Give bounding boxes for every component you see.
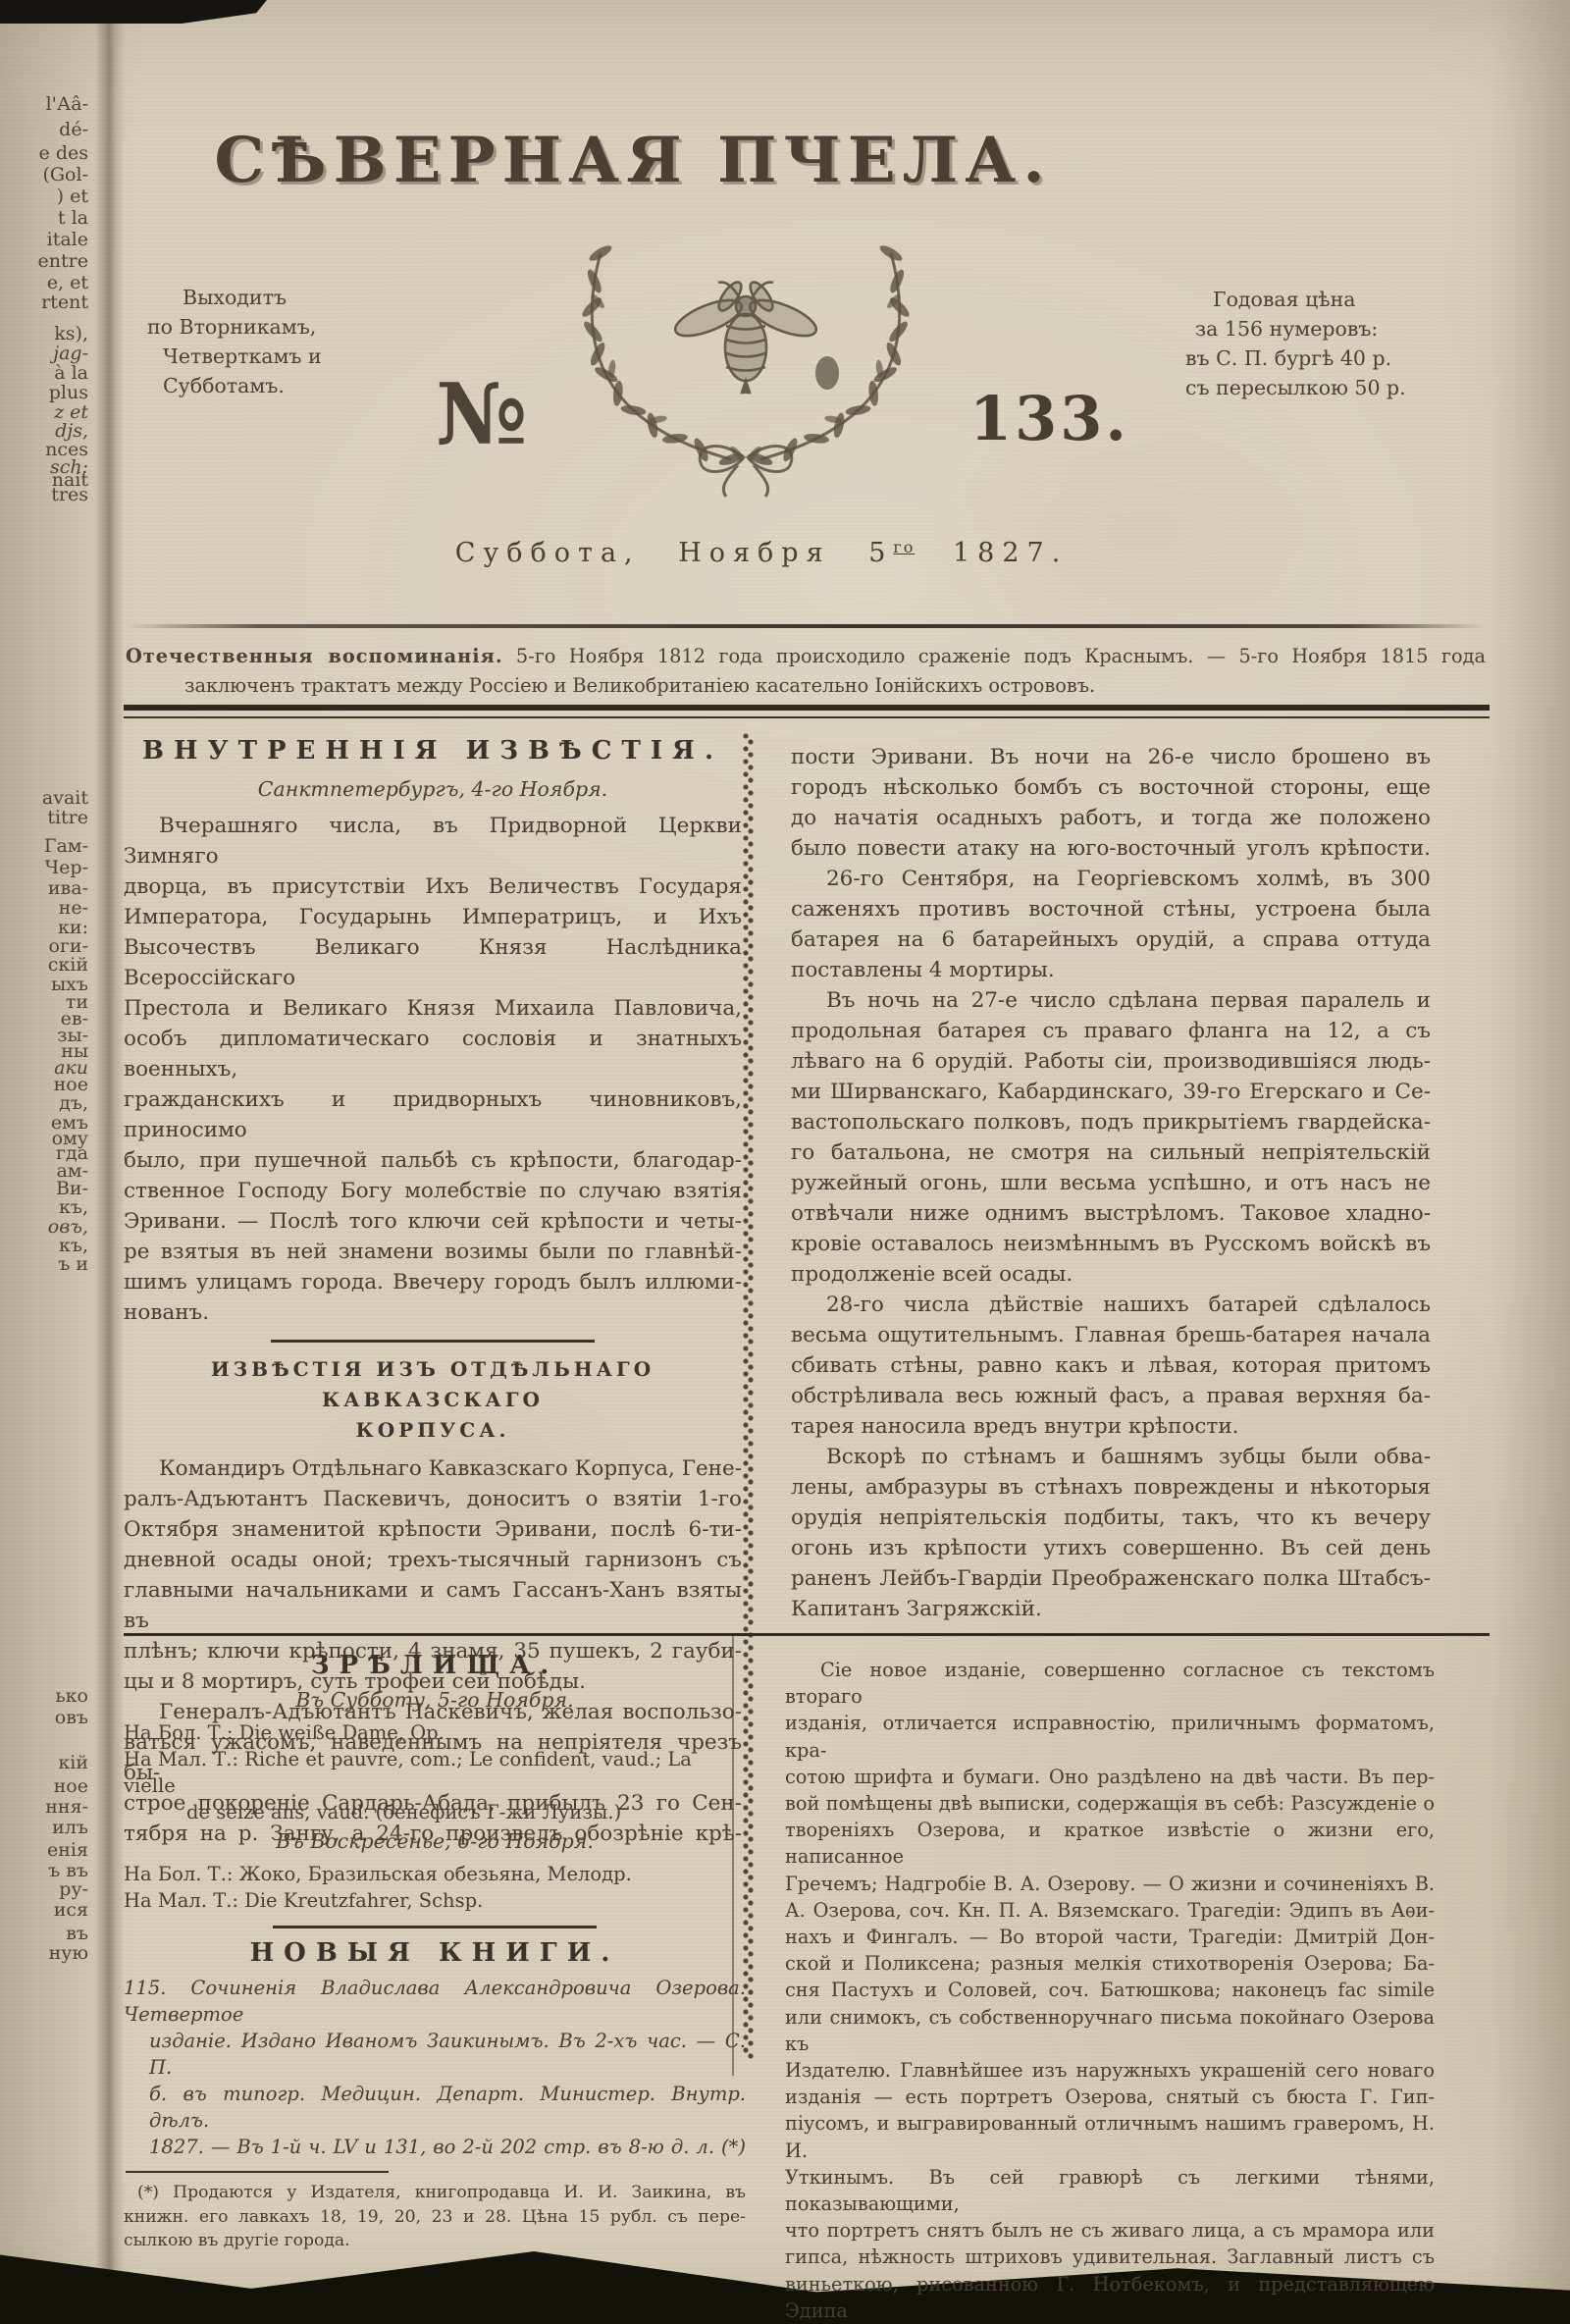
margin-fragment: овъ, — [48, 1217, 88, 1237]
section-heading: ЗРѢЛИЩА. — [124, 1653, 746, 1679]
publication-schedule: Выходитъпо Вторникамъ,Четверткамъ иСуббо… — [147, 283, 442, 400]
section-heading: ВНУТРЕННІЯ ИЗВѢСТІЯ. — [124, 736, 742, 766]
right-column-top: пости Эривани. Въ ночи на 26-е число бро… — [791, 742, 1431, 1624]
margin-fragment: à la — [54, 363, 88, 383]
text-line: ской и Поликсена; разныя мелкія стихотво… — [785, 1950, 1435, 1977]
schedule-line: Четверткамъ и — [147, 342, 442, 371]
text-line: лѣваго на 6 орудій. Работы сіи, производ… — [791, 1046, 1431, 1077]
dateline-superscript: го — [893, 538, 915, 556]
margin-fragment: ное — [54, 1075, 88, 1094]
margin-fragment: ки: — [58, 918, 88, 937]
text-line: Сіе новое изданіе, совершенно согласное … — [785, 1657, 1435, 1710]
margin-fragment: не- — [59, 898, 88, 918]
text-line: ре взятыя въ ней знамени возимы были по … — [124, 1237, 742, 1267]
text-line: главными начальниками и самъ Гассанъ-Хан… — [124, 1575, 742, 1636]
text-line: піусомъ, и выгравированный отличнымъ наш… — [785, 2110, 1435, 2163]
margin-fragment: ъ въ — [48, 1861, 88, 1880]
margin-fragment: скій — [48, 955, 88, 975]
annual-price: Годовая цѣназа 156 нумеровъ:въ С. П. бур… — [1185, 285, 1431, 402]
text-line: 1827. — Въ 1-й ч. LV и 131, во 2-й 202 с… — [124, 2134, 746, 2160]
margin-fragment: ння- — [45, 1797, 88, 1817]
text-line: батарея на 6 батарейныхъ орудій, а справ… — [791, 924, 1431, 955]
margin-fragment: djs, — [55, 421, 88, 441]
margin-fragment: e, et — [47, 273, 88, 292]
text-line: вой помѣщены двѣ выписки, содержащія въ … — [785, 1790, 1435, 1817]
margin-fragment: Гам- — [44, 836, 88, 856]
issue-number-symbol: № — [436, 365, 527, 464]
text-line: тарея наносила вредъ внутри крѣпости. — [791, 1411, 1431, 1442]
margin-fragment: ъ и — [58, 1254, 88, 1274]
playbill-line: На Мал. Т.: Riche et pauvre, com.; Le co… — [124, 1746, 746, 1799]
text-line: (*) Продаются у Издателя, книгопродавца … — [124, 2181, 746, 2205]
text-line: огонь изъ крѣпости утихъ совершенно. Въ … — [791, 1533, 1431, 1563]
text-line: Эривани. — Послѣ того ключи сей крѣпости… — [124, 1206, 742, 1237]
text-line: сотою шрифта и бумаги. Оно раздѣлено на … — [785, 1764, 1435, 1790]
margin-fragment: ную — [49, 1943, 88, 1963]
text-line: было повести атаку на юго-восточный угол… — [791, 833, 1431, 864]
masthead-divider-thick — [124, 705, 1490, 711]
text-line: весьма ощутительнымъ. Главная брешь-бата… — [791, 1320, 1431, 1350]
margin-fragment: avait — [42, 788, 88, 808]
text-line: Капитанъ Загряжскій. — [791, 1594, 1431, 1624]
text-line: Издателю. Главнѣйшее изъ наружныхъ украш… — [785, 2057, 1435, 2084]
text-line: изданія — есть портретъ Озерова, снятый … — [785, 2084, 1435, 2110]
text-line: орудія непріятельскія подбиты, такъ, что… — [791, 1503, 1431, 1533]
text-line: Вскорѣ по стѣнамъ и башнямъ зубцы были о… — [791, 1442, 1431, 1472]
text-line: гипса, нѣжность штриховъ удивительная. З… — [785, 2244, 1435, 2270]
text-line: до начатія осадныхъ работъ, и тогда же п… — [791, 803, 1431, 833]
text-line: Вчерашняго числа, въ Придворной Церкви З… — [124, 811, 742, 871]
margin-fragment: entre — [38, 251, 88, 271]
margin-fragment: Чер- — [44, 858, 88, 877]
margin-fragment: къ, — [59, 1236, 88, 1255]
text-line: городъ нѣсколько бомбъ съ восточной стор… — [791, 772, 1431, 803]
margin-fragment: ру- — [59, 1879, 88, 1899]
schedule-line: по Вторникамъ, — [147, 312, 442, 342]
text-line: Уткинымъ. Въ сей гравюрѣ съ легкими тѣня… — [785, 2164, 1435, 2217]
issue-number: 133. — [969, 383, 1129, 454]
text-line: отвѣчали ниже однимъ выстрѣломъ. Таковое… — [791, 1198, 1431, 1229]
short-divider — [271, 1340, 595, 1343]
facing-page-strip: l'Аâ-dé-e des(Gol-) ett laitaleentree, e… — [0, 0, 98, 2324]
price-line: Годовая цѣна — [1185, 285, 1431, 314]
margin-fragment: titre — [47, 808, 88, 827]
margin-fragment: дъ, — [59, 1093, 88, 1113]
margin-fragment: z et — [54, 402, 88, 422]
text-line: продольная батарея съ праваго фланга на … — [791, 1016, 1431, 1046]
margin-fragment: l'Аâ- — [46, 94, 88, 114]
text-line: Октября знаменитой крѣпости Эривани, пос… — [124, 1514, 742, 1545]
text-line: нованъ. — [124, 1297, 742, 1328]
text-line: или снимокъ, съ собственноручнаго письма… — [785, 2004, 1435, 2057]
header-rule — [126, 624, 1486, 628]
text-line: что портретъ снятъ былъ не съ живаго лиц… — [785, 2217, 1435, 2244]
playbill-line: На Мал. Т.: Die Kreutzfahrer, Schsp. — [124, 1887, 746, 1914]
left-column-bottom: ЗРѢЛИЩА.Въ Субботу, 5-го Ноября.На Бол. … — [124, 1651, 746, 2253]
margin-fragment: къ, — [59, 1197, 88, 1217]
playbill-line: de seize ans, vaud. (бенефисъ Г-жи Луизы… — [124, 1799, 746, 1825]
text-line: ралъ-Адъютантъ Паскевичъ, доноситъ о взя… — [124, 1484, 742, 1514]
scan-edge-top — [0, 0, 267, 24]
text-line: А. Озерова, соч. Кн. П. А. Вяземскаго. Т… — [785, 1897, 1435, 1924]
date-subheading: Санктпетербургъ, 4-го Ноября. — [124, 774, 742, 805]
text-line: саженяхъ противъ восточной стѣны, устрое… — [791, 894, 1431, 924]
text-line: сбивать стѣны, равно какъ и лѣвая, котор… — [791, 1350, 1431, 1381]
section-heading: НОВЫЯ КНИГИ. — [124, 1940, 746, 1967]
margin-fragment: t la — [58, 208, 88, 228]
text-line: нахъ и Фингалъ. — Во второй части, Траге… — [785, 1924, 1435, 1950]
text-line: ми Ширванскаго, Кабардинскаго, 39-го Еге… — [791, 1077, 1431, 1107]
text-line: изданія, отличается исправностію, прилич… — [785, 1710, 1435, 1763]
right-column-bottom: Сіе новое изданіе, совершенно согласное … — [785, 1657, 1435, 2324]
margin-fragment: енія — [47, 1840, 88, 1860]
text-line: было, при пушечной пальбѣ съ крѣпости, б… — [124, 1145, 742, 1176]
text-line: го батальона, не смотря на сильный непрі… — [791, 1137, 1431, 1168]
newspaper-title: СѢВЕРНАЯ ПЧЕЛА. — [137, 124, 1128, 197]
margin-fragment: ное — [54, 1776, 88, 1796]
margin-fragment: ися — [54, 1900, 88, 1920]
text-line: Гречемъ; Надгробіе В. А. Озерову. — О жи… — [785, 1871, 1435, 1897]
date-subheading: Въ Субботу, 5-го Ноября. — [124, 1687, 746, 1714]
text-line: 26-го Сентября, на Георгіевскомъ холмѣ, … — [791, 864, 1431, 894]
text-line: продолженіе всей осады. — [791, 1259, 1431, 1290]
margin-fragment: въ — [66, 1924, 88, 1943]
text-line: 28-го числа дѣйствіе нашихъ батарей сдѣл… — [791, 1290, 1431, 1320]
margin-fragment: (Gol- — [42, 165, 88, 185]
text-line: шимъ улицамъ города. Ввечеру городъ былъ… — [124, 1267, 742, 1297]
price-line: съ пересылкою 50 р. — [1185, 373, 1431, 402]
text-line: Императора, Государынь Императрицъ, и Их… — [124, 902, 742, 932]
margin-fragment: ks), — [54, 324, 88, 343]
text-line: сылкою въ другіе города. — [124, 2229, 746, 2253]
text-line: 115. Сочиненія Владислава Александровича… — [124, 1975, 746, 2028]
text-line: Командиръ Отдѣльнаго Кавказскаго Корпуса… — [124, 1453, 742, 1484]
price-line: за 156 нумеровъ: — [1185, 314, 1431, 343]
schedule-line: Субботамъ. — [147, 371, 442, 400]
margin-fragment: plus — [49, 383, 88, 402]
margin-fragment: кій — [58, 1753, 88, 1772]
text-line: поставлены 4 мортиры. — [791, 955, 1431, 985]
margin-fragment: ько — [55, 1686, 88, 1706]
price-line: въ С. П. бургѣ 40 р. — [1185, 343, 1431, 373]
text-line: гражданскихъ и придворныхъ чиновниковъ, … — [124, 1084, 742, 1145]
text-line: раненъ Лейбъ-Гвардіи Преображенскаго пол… — [791, 1563, 1431, 1594]
text-line: кровіе оставалось неизмѣннымъ въ Русском… — [791, 1229, 1431, 1259]
margin-fragment: rtent — [41, 292, 88, 312]
text-line: виньеткою, рисованною Г. Нотбекомъ, и пр… — [785, 2271, 1435, 2324]
masthead-divider-thin — [124, 716, 1490, 718]
dateline: Суббота, Ноября 5го 1827. — [124, 538, 1399, 568]
anniversary-line: заключенъ трактатъ между Россіею и Велик… — [126, 671, 1486, 701]
schedule-line: Выходитъ — [147, 283, 442, 312]
margin-fragment: itale — [47, 230, 88, 249]
text-line: Въ ночь на 27-е число сдѣлана первая пар… — [791, 985, 1431, 1016]
margin-fragment: ) et — [57, 186, 88, 206]
margin-fragment: jag- — [53, 343, 88, 363]
margin-fragment: илъ — [52, 1818, 88, 1837]
section-heading-caps: КОРПУСА. — [124, 1415, 742, 1446]
text-line: особъ дипломатическаго сословія и знатны… — [124, 1024, 742, 1084]
text-line: вастопольскаго полковъ, подъ прикрытіемъ… — [791, 1107, 1431, 1137]
text-line: изданіе. Издано Иваномъ Заикинымъ. Въ 2-… — [124, 2028, 746, 2081]
playbill-line: На Бол. Т.: Die weiße Dame, Op. — [124, 1719, 746, 1746]
text-line: Высочествъ Великаго Князя Наслѣдника Все… — [124, 932, 742, 993]
text-line: дневной осады оной; трехъ-тысячный гарни… — [124, 1545, 742, 1575]
short-divider — [273, 1926, 597, 1928]
text-line: б. въ типогр. Медицин. Департ. Министер.… — [124, 2081, 746, 2134]
text-line: ственное Господу Богу молебствіе по случ… — [124, 1176, 742, 1206]
text-line: твореніяхъ Озерова, и краткое извѣстіе о… — [785, 1817, 1435, 1870]
margin-fragment: оги- — [49, 936, 88, 956]
text-line: дворца, въ присутствіи Ихъ Величествъ Го… — [124, 871, 742, 902]
margin-fragment: ива- — [48, 878, 88, 898]
text-line: лены, амбразуры въ стѣнахъ повреждены и … — [791, 1472, 1431, 1503]
text-line: ружейный огонь, шли весьма успѣшно, и от… — [791, 1168, 1431, 1198]
anniversary-note: Отечественныя воспоминанія. 5-го Ноября … — [126, 642, 1486, 701]
text-line: пости Эривани. Въ ночи на 26-е число бро… — [791, 742, 1431, 772]
text-line: сня Пастухъ и Соловей, соч. Батюшкова; н… — [785, 1977, 1435, 2003]
newspaper-page: l'Аâ-dé-e des(Gol-) ett laitaleentree, e… — [0, 0, 1570, 2324]
footnote-rule — [126, 2171, 389, 2173]
text-line: Престола и Великаго Князя Михаила Павлов… — [124, 993, 742, 1024]
margin-fragment: овъ — [55, 1708, 88, 1727]
margin-fragment: e des — [39, 143, 88, 163]
bee-laurel-emblem-icon — [530, 224, 962, 499]
anniversary-line: Отечественныя воспоминанія. 5-го Ноября … — [126, 642, 1486, 671]
text-line: обстрѣливала весь южный фасъ, а правая в… — [791, 1381, 1431, 1411]
playbill-line: На Бол. Т.: Жоко, Бразильская обезьяна, … — [124, 1861, 746, 1887]
margin-fragment: tres — [51, 485, 88, 504]
date-subheading: Въ Воскресенье, 6-го Ноября. — [124, 1828, 746, 1855]
text-line: книжн. его лавкахъ 18, 19, 20, 23 и 28. … — [124, 2205, 746, 2230]
margin-fragment: dé- — [59, 120, 88, 139]
margin-fragment: Ви- — [56, 1179, 88, 1198]
section-heading-caps: ИЗВѢСТІЯ ИЗЪ ОТДѢЛЬНАГО КАВКАЗСКАГО — [124, 1354, 742, 1415]
